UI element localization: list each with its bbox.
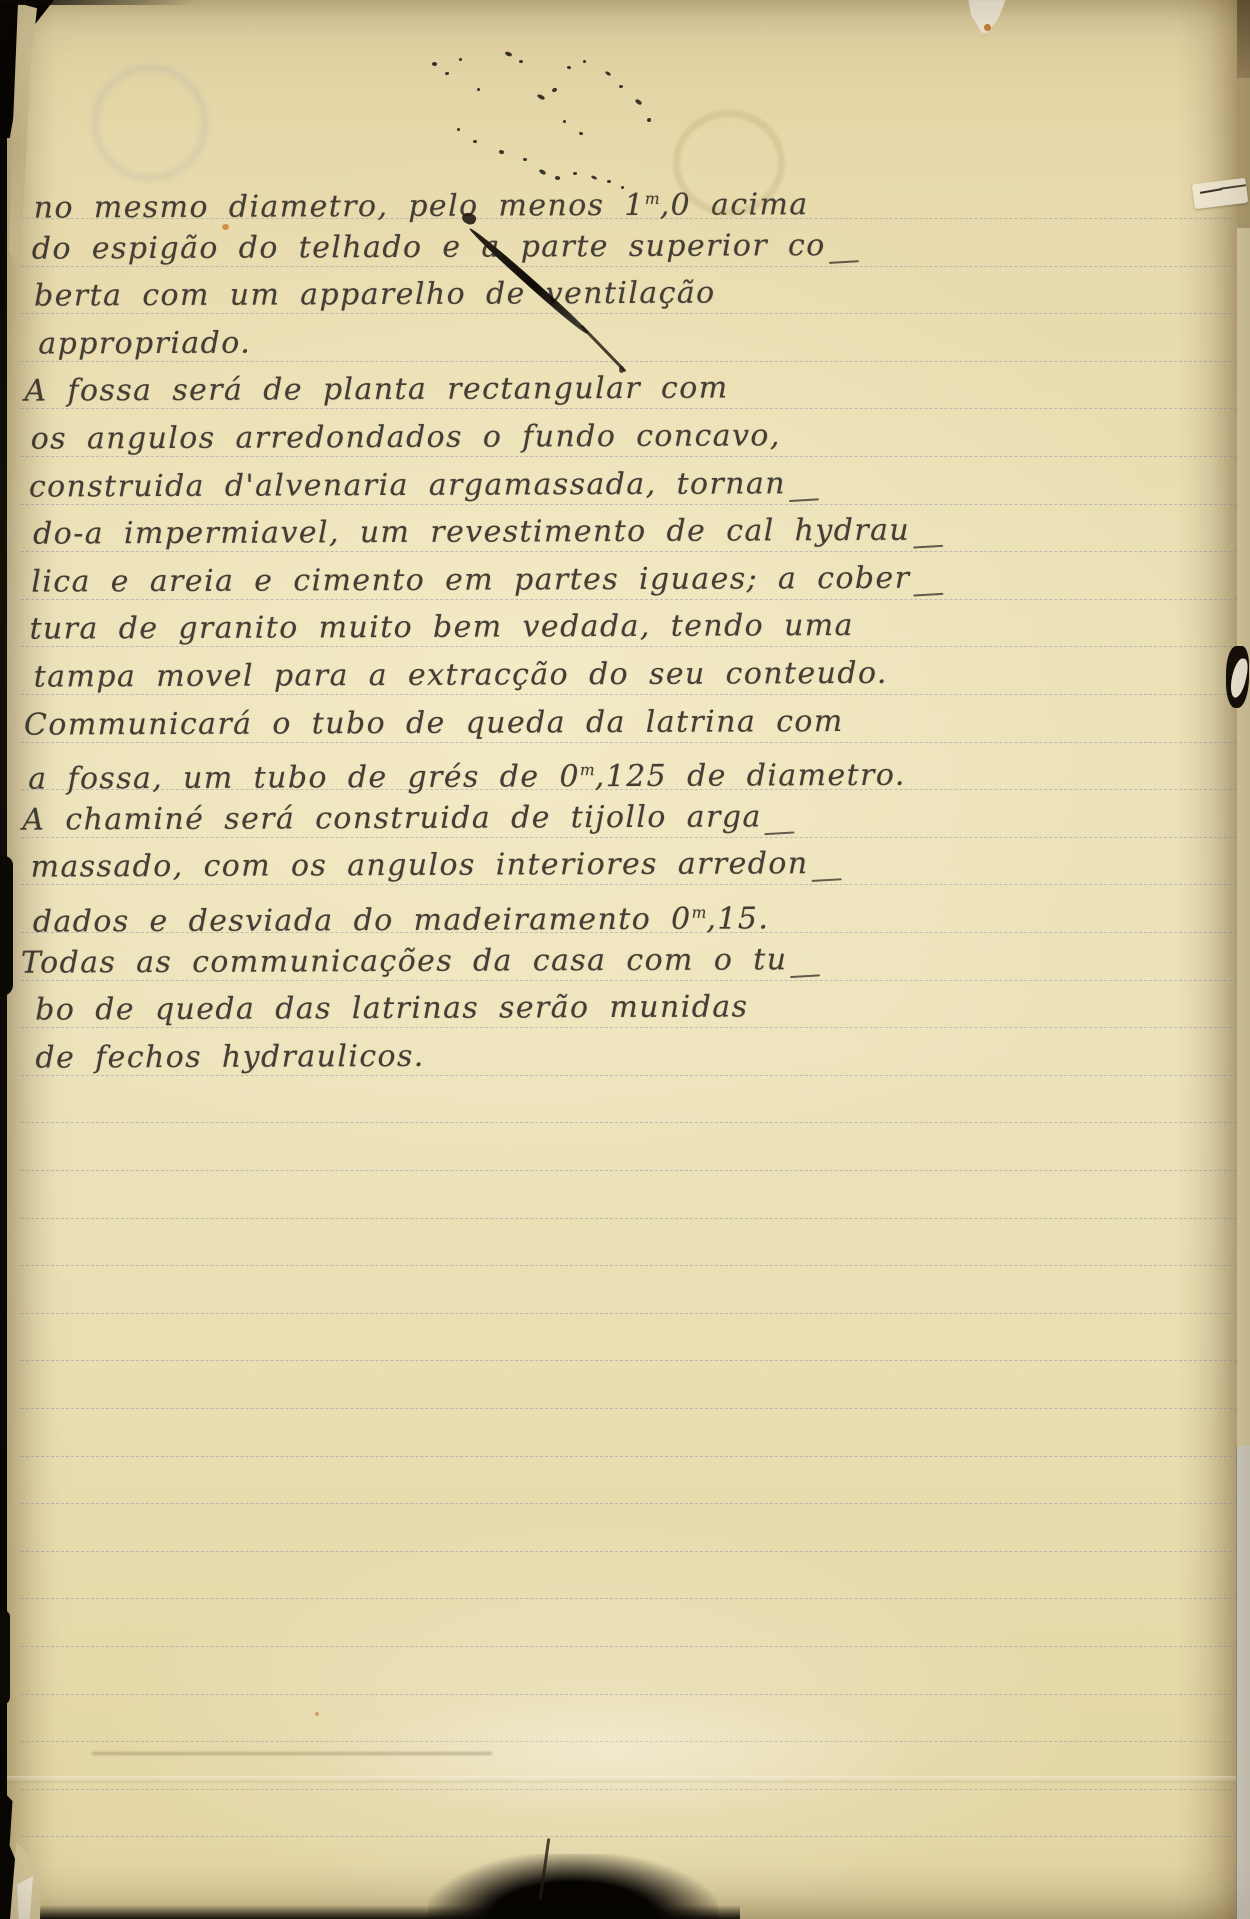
manuscript-line: massado, com os angulos interiores arred… bbox=[30, 841, 841, 891]
manuscript-line: a fossa, um tubo de grés de 0m,125 de di… bbox=[28, 746, 906, 796]
torn-left-edge bbox=[0, 1610, 10, 1705]
stamp-ghost bbox=[673, 110, 785, 216]
ink-spatter-dot bbox=[621, 186, 624, 189]
manuscript-page: no mesmo diametro, pelo menos 1m,0 acima… bbox=[7, 0, 1237, 1919]
fold-crease bbox=[7, 1776, 1237, 1783]
scanned-page-background: no mesmo diametro, pelo menos 1m,0 acima… bbox=[0, 0, 1250, 1919]
manuscript-line: de fechos hydraulicos. bbox=[35, 1034, 424, 1082]
manuscript-line: do-a impermiavel, um revestimento de cal… bbox=[33, 508, 943, 558]
stamp-ghost bbox=[91, 64, 209, 182]
manuscript-line: berta com um apparelho de ventilação bbox=[34, 271, 716, 320]
manuscript-line: A fossa será de planta rectangular com bbox=[24, 366, 728, 415]
ink-spatter-dot bbox=[647, 118, 651, 122]
manuscript-line: construida d'alvenaria argamassada, torn… bbox=[29, 461, 819, 510]
manuscript-line: lica e areia e cimento em partes iguaes;… bbox=[31, 555, 943, 605]
manuscript-line: dados e desviada do madeiramento 0m,15. bbox=[33, 889, 770, 938]
ink-spatter-dot bbox=[459, 58, 462, 61]
ink-spatter-dot bbox=[477, 88, 480, 91]
ink-spatter-dot bbox=[583, 60, 586, 63]
manuscript-line: bo de queda das latrinas serão munidas bbox=[35, 985, 748, 1034]
ink-stroke-mark bbox=[619, 366, 624, 373]
manuscript-line: do espigão do telhado e a parte superior… bbox=[32, 223, 859, 273]
top-page-edge bbox=[0, 0, 195, 5]
bottom-tear bbox=[428, 1854, 718, 1919]
age-speck bbox=[315, 1712, 319, 1716]
ink-spatter-dot bbox=[563, 120, 566, 123]
handwritten-text: no mesmo diametro, pelo menos 1m,0 acima… bbox=[3, 0, 1241, 1919]
manuscript-line: tampa movel para a extracção do seu cont… bbox=[34, 651, 888, 701]
age-speck bbox=[984, 24, 991, 31]
ink-spatter-dot bbox=[573, 172, 577, 175]
manuscript-line: appropriado. bbox=[38, 320, 251, 367]
manuscript-line: A chaminé será construida de tijollo arg… bbox=[22, 794, 795, 843]
adjacent-page-edge bbox=[1237, 0, 1250, 78]
manuscript-line: Communicará o tubo de queda da latrina c… bbox=[24, 699, 844, 749]
manuscript-line: tura de granito muito bem vedada, tendo … bbox=[29, 603, 854, 653]
age-speck bbox=[222, 224, 229, 230]
torn-left-edge bbox=[0, 856, 13, 996]
manuscript-line: os angulos arredondados o fundo concavo, bbox=[31, 413, 781, 462]
pencil-smudge bbox=[92, 1752, 492, 1755]
manuscript-line: Todas as communicações da casa com o tu bbox=[21, 937, 821, 986]
adjacent-page-edge bbox=[1237, 78, 1250, 228]
ink-spatter-dot bbox=[457, 128, 460, 131]
adjacent-page-edge bbox=[1236, 1446, 1250, 1919]
